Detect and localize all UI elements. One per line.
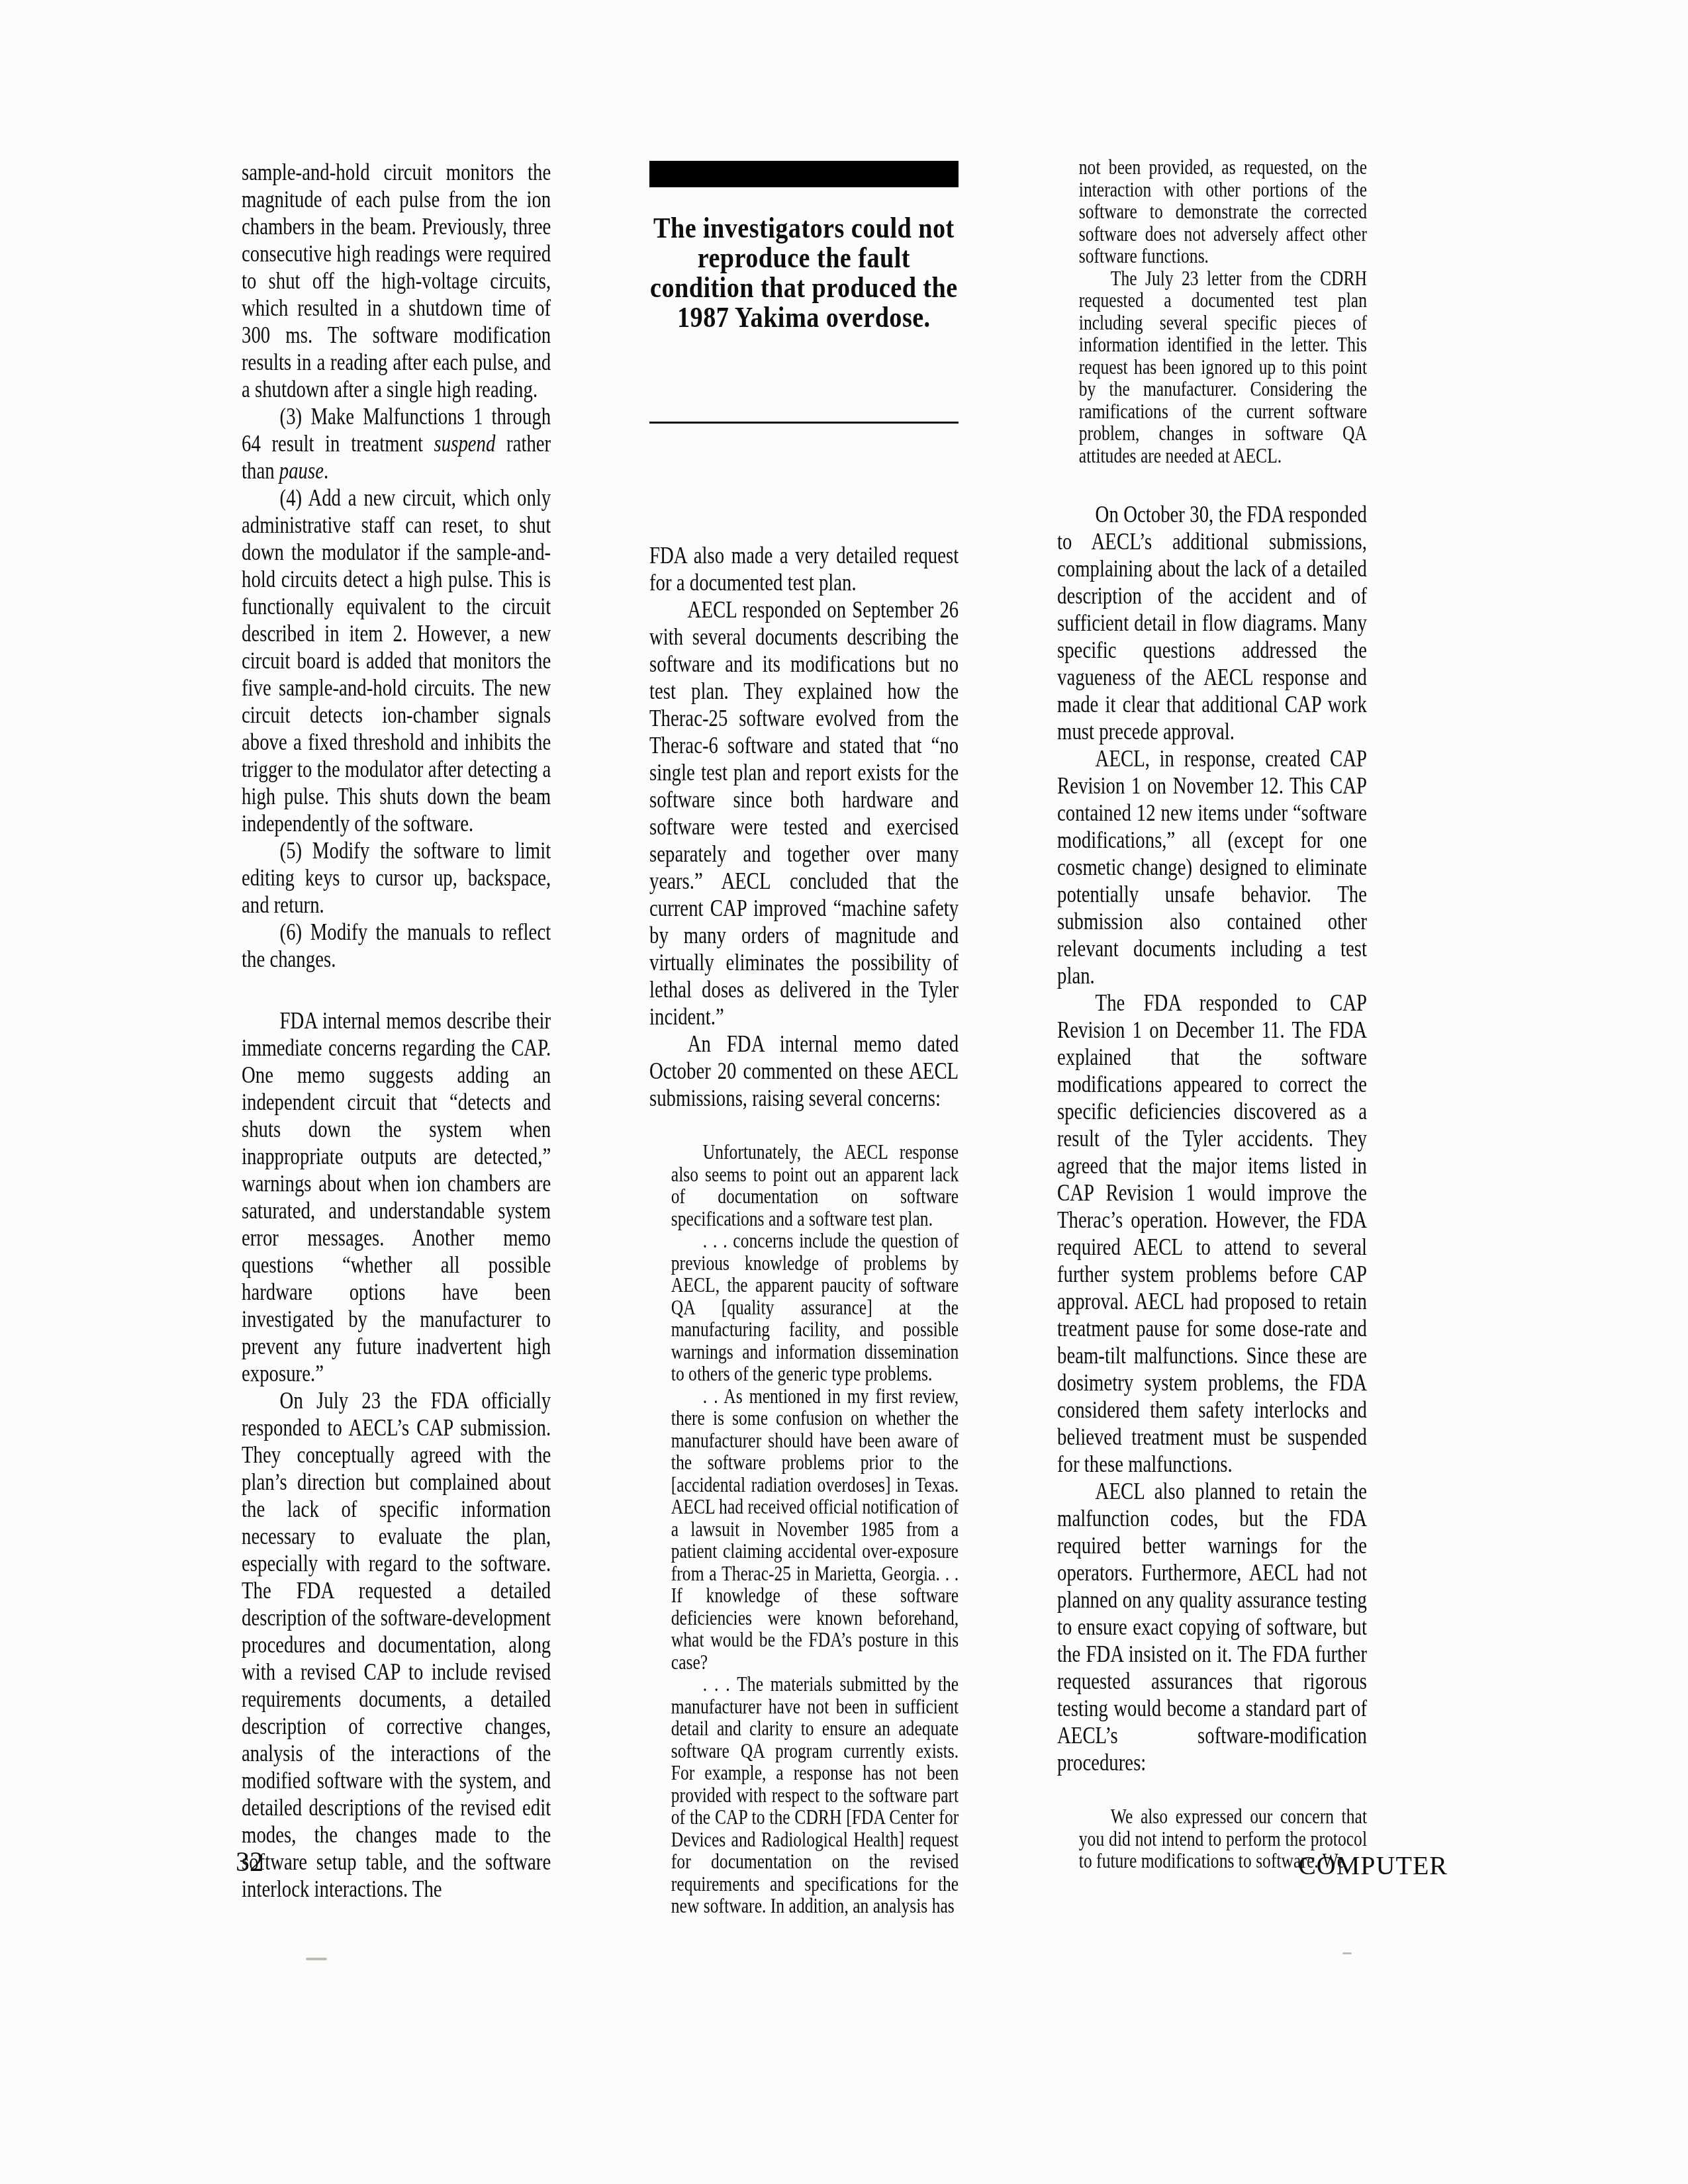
body-paragraph: The FDA responded to CAP Revision 1 on D…	[1057, 989, 1367, 1478]
body-paragraph: FDA also made a very detailed request fo…	[649, 542, 959, 596]
magazine-page: sample-and-hold circuit monitors the mag…	[0, 0, 1688, 2184]
section-divider-bar	[649, 161, 959, 187]
blockquote-paragraph: . . As mentioned in my first review, the…	[671, 1385, 959, 1674]
blockquote-paragraph: not been provided, as requested, on the …	[1079, 156, 1367, 267]
scan-artifact	[1342, 1952, 1352, 1954]
blockquote-paragraph: . . . concerns include the question of p…	[671, 1230, 959, 1385]
pull-quote: The investigators could not reproduce th…	[649, 213, 959, 332]
article-column-left: sample-and-hold circuit monitors the mag…	[242, 159, 551, 1903]
body-paragraph: An FDA internal memo dated October 20 co…	[649, 1030, 959, 1112]
body-paragraph: sample-and-hold circuit monitors the mag…	[242, 159, 551, 403]
blockquote-paragraph: . . . The materials submitted by the man…	[671, 1673, 959, 1917]
pull-quote-rule	[649, 422, 959, 424]
body-paragraph: On October 30, the FDA responded to AECL…	[1057, 501, 1367, 745]
body-paragraph: AECL, in response, created CAP Revision …	[1057, 745, 1367, 989]
article-column-middle: FDA also made a very detailed request fo…	[649, 542, 959, 1917]
body-paragraph: (6) Modify the manuals to reflect the ch…	[242, 919, 551, 973]
body-paragraph: On July 23 the FDA officially responded …	[242, 1387, 551, 1903]
page-number: 32	[236, 1848, 263, 1877]
article-column-right: not been provided, as requested, on the …	[1057, 156, 1367, 1872]
body-paragraph: AECL also planned to retain the malfunct…	[1057, 1478, 1367, 1776]
body-paragraph: (5) Modify the software to limit editing…	[242, 837, 551, 919]
scan-artifact	[306, 1958, 327, 1960]
blockquote-paragraph: Unfortunately, the AECL response also se…	[671, 1141, 959, 1230]
body-paragraph: AECL responded on September 26 with seve…	[649, 596, 959, 1030]
body-paragraph: FDA internal memos describe their immedi…	[242, 1007, 551, 1387]
body-paragraph: (4) Add a new circuit, which only admini…	[242, 484, 551, 837]
body-paragraph: (3) Make Malfunctions 1 through 64 resul…	[242, 403, 551, 484]
blockquote-paragraph: The July 23 letter from the CDRH request…	[1079, 267, 1367, 467]
magazine-footer-brand: COMPUTER	[1057, 1852, 1448, 1880]
